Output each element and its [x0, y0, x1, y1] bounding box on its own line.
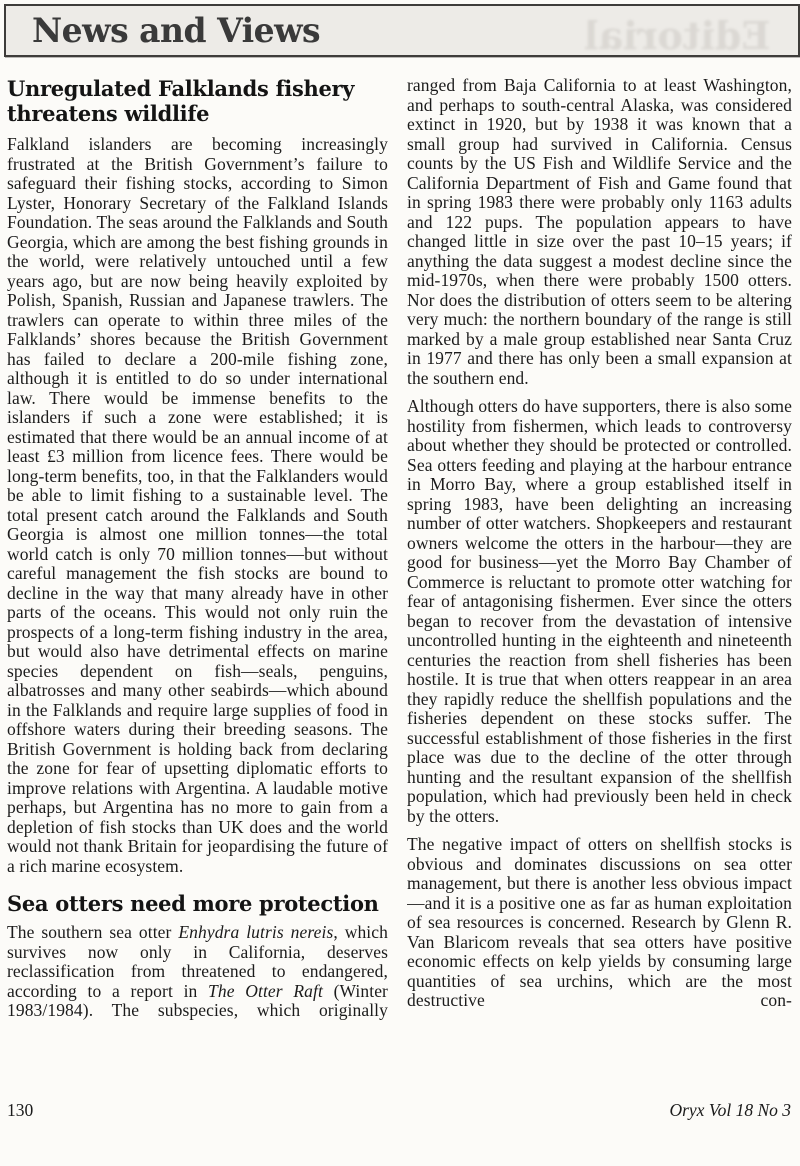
right-column: ranged from Baja California to at least …: [407, 76, 792, 1102]
article-paragraph: The southern sea otter Enhydra lutris ne…: [7, 923, 388, 1021]
article-paragraph: Although otters do have supporters, ther…: [407, 397, 792, 826]
article-paragraph: ranged from Baja California to at least …: [407, 76, 792, 388]
page-number: 130: [7, 1100, 33, 1121]
section-title: News and Views: [32, 11, 320, 51]
journal-reference: Oryx Vol 18 No 3: [669, 1100, 791, 1121]
left-column: Unregulated Falklands fishery threatens …: [7, 76, 388, 1102]
bleedthrough-ghost-text: Editorial: [584, 13, 770, 57]
heading-line: threatens wildlife: [7, 101, 388, 126]
article-paragraph: The negative impact of otters on shellfi…: [407, 835, 792, 1011]
article-paragraph: Falkland islanders are becoming increasi…: [7, 135, 388, 876]
masthead-box: News and Views Editorial: [4, 4, 800, 57]
article-heading-sea-otters: Sea otters need more protection: [7, 891, 388, 916]
article-heading-falklands: Unregulated Falklands fishery threatens …: [7, 76, 388, 126]
heading-line: Sea otters need more protection: [7, 891, 388, 916]
heading-line: Unregulated Falklands fishery: [7, 76, 388, 101]
magazine-page: News and Views Editorial Unregulated Fal…: [0, 0, 800, 1166]
